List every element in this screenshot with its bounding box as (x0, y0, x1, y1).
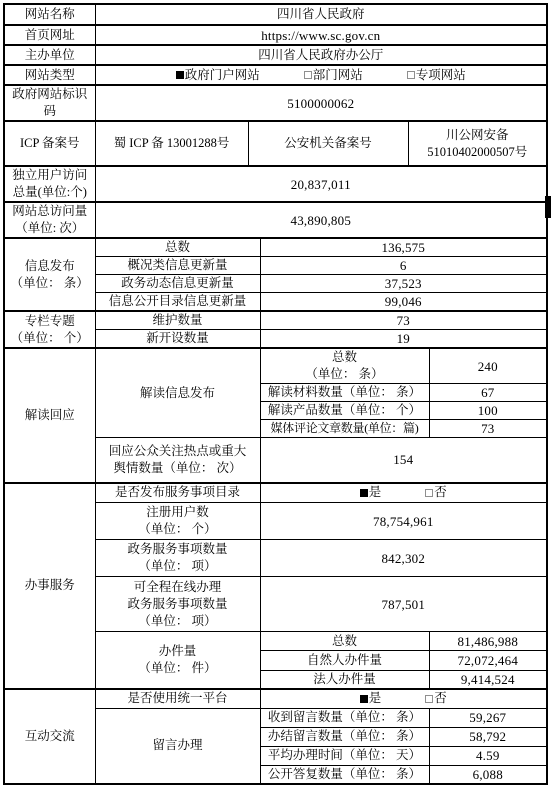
icp-label: ICP 备案号 (4, 121, 95, 166)
site-type-label: 网站类型 (4, 65, 95, 85)
option-label: 否 (434, 485, 447, 499)
checkbox-icon (176, 71, 184, 79)
site-code-label: 政府网站标识 码 (4, 85, 95, 121)
organizer-label: 主办单位 (4, 45, 95, 65)
metric-label: 总数 （单位： 条） (260, 348, 429, 384)
metric-value: 9,414,524 (429, 671, 547, 690)
metric-value: 100 (429, 402, 547, 420)
info-release-section-label: 信息发布 （单位： 条） (4, 238, 95, 311)
site-name-label: 网站名称 (4, 4, 95, 25)
home-url-label: 首页网址 (4, 25, 95, 45)
metric-value: 81,486,988 (429, 632, 547, 651)
metric-label: 维护数量 (95, 311, 260, 330)
metric-label: 信息公开目录信息更新量 (95, 293, 260, 312)
metric-value: 6,088 (429, 765, 547, 784)
option-yes: 是 (360, 690, 382, 707)
website-report-table: 网站名称 四川省人民政府 首页网址 https://www.sc.gov.cn … (3, 3, 548, 785)
interpretation-section-label: 解读回应 (4, 348, 95, 483)
services-section-label: 办事服务 (4, 483, 95, 690)
metric-value: 73 (260, 311, 547, 330)
checkbox-icon (425, 695, 433, 703)
metric-label: 自然人办件量 (260, 651, 429, 671)
organizer-value: 四川省人民政府办公厅 (95, 45, 547, 65)
metric-label: 公开答复数量（单位： 条） (260, 765, 429, 784)
checkbox-icon (360, 695, 368, 703)
unified-platform-options: 是 否 (260, 689, 547, 708)
metric-label: 解读材料数量（单位： 条） (260, 384, 429, 402)
metric-label: 法人办件量 (260, 671, 429, 690)
total-visits-label: 网站总访问量 （单位: 次） (4, 202, 95, 238)
registered-users-value: 78,754,961 (260, 503, 547, 540)
option-label: 政府门户网站 (185, 68, 260, 82)
metric-value: 6 (260, 257, 547, 275)
metric-value: 67 (429, 384, 547, 402)
option-label: 是 (369, 485, 382, 499)
service-catalog-label: 是否发布服务事项目录 (95, 483, 260, 503)
special-columns-section-label: 专栏专题 （单位： 个） (4, 311, 95, 348)
metric-value: 99,046 (260, 293, 547, 312)
site-name-value: 四川省人民政府 (95, 4, 547, 25)
option-special-site: 专项网站 (407, 67, 466, 84)
metric-label: 解读产品数量（单位： 个） (260, 402, 429, 420)
metric-label: 媒体评论文章数量(单位：篇) (260, 420, 429, 438)
scrollbar-thumb[interactable] (545, 196, 551, 218)
metric-label: 总数 (95, 238, 260, 257)
unique-visitors-label: 独立用户访问 总量(单位:个) (4, 166, 95, 202)
option-label: 否 (434, 691, 447, 705)
metric-label: 总数 (260, 632, 429, 651)
option-label: 是 (369, 691, 382, 705)
interaction-section-label: 互动交流 (4, 689, 95, 784)
metric-value: 59,267 (429, 708, 547, 727)
transactions-label: 办件量 （单位： 件） (95, 632, 260, 690)
home-url-value: https://www.sc.gov.cn (95, 25, 547, 45)
metric-value: 58,792 (429, 727, 547, 746)
metric-value: 19 (260, 330, 547, 349)
checkbox-icon (425, 489, 433, 497)
option-department-site: 部门网站 (304, 67, 363, 84)
metric-value: 136,575 (260, 238, 547, 257)
total-visits-value: 43,890,805 (95, 202, 547, 238)
metric-label: 收到留言数量（单位： 条） (260, 708, 429, 727)
checkbox-icon (407, 71, 415, 79)
messages-label: 留言办理 (95, 708, 260, 784)
metric-value: 72,072,464 (429, 651, 547, 671)
police-record-label: 公安机关备案号 (248, 121, 408, 166)
service-catalog-options: 是 否 (260, 483, 547, 503)
option-no: 否 (425, 484, 447, 501)
registered-users-label: 注册用户数 （单位： 个） (95, 503, 260, 540)
option-label: 专项网站 (416, 68, 466, 82)
public-response-label: 回应公众关注热点或重大 舆情数量（单位： 次） (95, 438, 260, 483)
option-yes: 是 (360, 484, 382, 501)
option-no: 否 (425, 690, 447, 707)
option-portal-site: 政府门户网站 (176, 67, 260, 84)
online-items-label: 可全程在线办理 政务服务事项数量 （单位： 项） (95, 577, 260, 632)
metric-label: 概况类信息更新量 (95, 257, 260, 275)
metric-value: 240 (429, 348, 547, 384)
interpretation-release-label: 解读信息发布 (95, 348, 260, 438)
metric-label: 办结留言数量（单位： 条） (260, 727, 429, 746)
service-items-label: 政务服务事项数量 （单位： 项） (95, 540, 260, 577)
metric-label: 新开设数量 (95, 330, 260, 349)
metric-label: 平均办理时间（单位： 天） (260, 746, 429, 765)
option-label: 部门网站 (313, 68, 363, 82)
metric-value: 37,523 (260, 275, 547, 293)
service-items-value: 842,302 (260, 540, 547, 577)
site-code-value: 5100000062 (95, 85, 547, 121)
checkbox-icon (304, 71, 312, 79)
report-page: 网站名称 四川省人民政府 首页网址 https://www.sc.gov.cn … (0, 0, 552, 809)
site-type-options: 政府门户网站 部门网站 专项网站 (95, 65, 547, 85)
checkbox-icon (360, 489, 368, 497)
public-response-value: 154 (260, 438, 547, 483)
icp-value: 蜀 ICP 备 13001288号 (95, 121, 248, 166)
metric-label: 政务动态信息更新量 (95, 275, 260, 293)
metric-value: 4.59 (429, 746, 547, 765)
police-record-value: 川公网安备 51010402000507号 (408, 121, 547, 166)
unique-visitors-value: 20,837,011 (95, 166, 547, 202)
unified-platform-label: 是否使用统一平台 (95, 689, 260, 708)
online-items-value: 787,501 (260, 577, 547, 632)
metric-value: 73 (429, 420, 547, 438)
